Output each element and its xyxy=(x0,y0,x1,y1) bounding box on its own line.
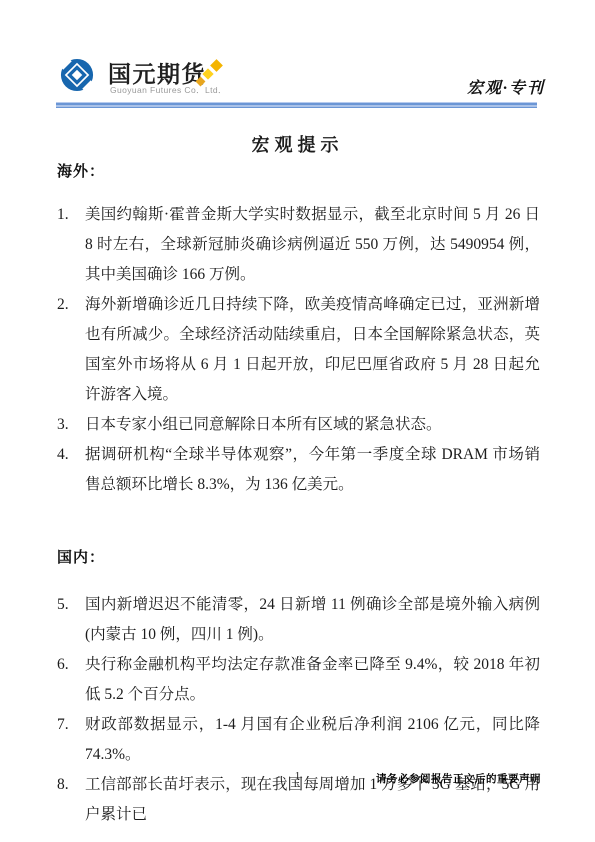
section-heading: 国内： xyxy=(57,548,540,568)
item-text: 美国约翰斯·霍普金斯大学实时数据显示，截至北京时间 5 月 26 日 8 时左右… xyxy=(85,200,540,290)
section-heading: 海外： xyxy=(57,162,540,182)
item-number: 5. xyxy=(57,590,85,650)
triple-diamond-icon xyxy=(196,61,224,89)
item-text: 国内新增迟迟不能清零，24 日新增 11 例确诊全部是境外输入病例(内蒙古 10… xyxy=(85,590,540,650)
item-number: 6. xyxy=(57,650,85,710)
issue-label: 宏观·专刊 xyxy=(467,75,545,98)
item-text: 财政部数据显示，1-4 月国有企业税后净利润 2106 亿元，同比降 74.3%… xyxy=(85,710,540,770)
report-body: 海外：1.美国约翰斯·霍普金斯大学实时数据显示，截至北京时间 5 月 26 日 … xyxy=(57,162,540,830)
footer-disclaimer: 请务必参阅报告正文后的重要声明 xyxy=(376,771,541,786)
list-item: 1.美国约翰斯·霍普金斯大学实时数据显示，截至北京时间 5 月 26 日 8 时… xyxy=(57,200,540,290)
header-rule xyxy=(56,102,537,108)
item-text: 央行称金融机构平均法定存款准备金率已降至 9.4%，较 2018 年初低 5.2… xyxy=(85,650,540,710)
section-list: 1.美国约翰斯·霍普金斯大学实时数据显示，截至北京时间 5 月 26 日 8 时… xyxy=(57,200,540,500)
list-item: 3.日本专家小组已同意解除日本所有区域的紧急状态。 xyxy=(57,410,540,440)
item-number: 1. xyxy=(57,200,85,290)
list-item: 4.据调研机构“全球半导体观察”，今年第一季度全球 DRAM 市场销售总额环比增… xyxy=(57,440,540,500)
page-title: 宏观提示 xyxy=(0,131,595,157)
list-item: 2.海外新增确诊近几日持续下降，欧美疫情高峰确定已过，亚洲新增也有所减少。全球经… xyxy=(57,290,540,410)
item-number: 3. xyxy=(57,410,85,440)
guoyuan-emblem-icon xyxy=(60,58,94,92)
section-list: 5.国内新增迟迟不能清零，24 日新增 11 例确诊全部是境外输入病例(内蒙古 … xyxy=(57,590,540,830)
item-text: 日本专家小组已同意解除日本所有区域的紧急状态。 xyxy=(85,410,540,440)
item-text: 据调研机构“全球半导体观察”，今年第一季度全球 DRAM 市场销售总额环比增长 … xyxy=(85,440,540,500)
item-number: 4. xyxy=(57,440,85,500)
list-item: 5.国内新增迟迟不能清零，24 日新增 11 例确诊全部是境外输入病例(内蒙古 … xyxy=(57,590,540,650)
item-number: 7. xyxy=(57,710,85,770)
list-item: 6.央行称金融机构平均法定存款准备金率已降至 9.4%，较 2018 年初低 5… xyxy=(57,650,540,710)
list-item: 7.财政部数据显示，1-4 月国有企业税后净利润 2106 亿元，同比降 74.… xyxy=(57,710,540,770)
report-page: 国元期货 Guoyuan Futures Co．Ltd． 宏观·专刊 宏观提示 … xyxy=(0,0,595,842)
item-number: 2. xyxy=(57,290,85,410)
item-text: 海外新增确诊近几日持续下降，欧美疫情高峰确定已过，亚洲新增也有所减少。全球经济活… xyxy=(85,290,540,410)
